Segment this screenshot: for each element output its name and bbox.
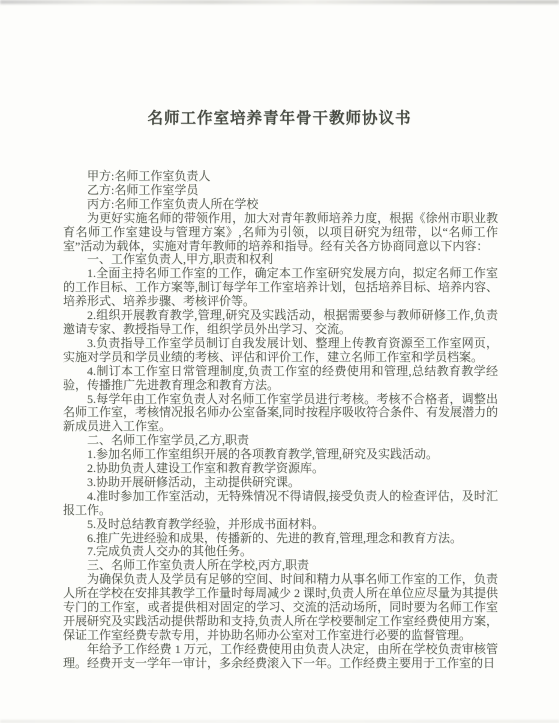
section2-item-3: 3.协助开展研修活动，主动提供研究课。 xyxy=(63,476,498,490)
scan-edge-artifact-top xyxy=(0,0,559,4)
section1-item-4: 4.制订本工作室日常管理制度,负责工作室的经费使用和管理,总结教育教学经验，传播… xyxy=(63,365,498,393)
party-line-jiafang: 甲方:名师工作室负责人 xyxy=(63,170,498,184)
section2-item-4: 4.准时参加工作室活动，无特殊情况不得请假,接受负责人的检查评估，及时汇报工作。 xyxy=(63,490,498,518)
document-title: 名师工作室培养青年骨干教师协议书 xyxy=(0,106,559,128)
funding-paragraph: 年给予工作经费 1 万元，工作经费使用由负责人决定，由所在学校负责审核管理。经费… xyxy=(63,643,498,671)
section2-item-1: 1.参加名师工作室组织开展的各项教育教学,管理,研究及实践活动。 xyxy=(63,448,498,462)
party-line-bingfang: 丙方:名师工作室负责人所在学校 xyxy=(63,198,498,212)
intro-paragraph: 为更好实施名师的带领作用，加大对青年教师培养力度，根据《徐州市职业教育名师工作室… xyxy=(63,212,498,254)
party-line-yifang: 乙方:名师工作室学员 xyxy=(63,184,498,198)
section2-item-5: 5.及时总结教育教学经验，并形成书面材料。 xyxy=(63,518,498,532)
section1-item-1: 1.全面主持名师工作室的工作，确定本工作室研究发展方向，拟定名师工作室的工作目标… xyxy=(63,267,498,309)
document-body: 甲方:名师工作室负责人 乙方:名师工作室学员 丙方:名师工作室负责人所在学校 为… xyxy=(63,170,498,671)
section1-item-3: 3.负责指导工作室学员制订自我发展计划、整理上传教育资源至工作室网页，实施对学员… xyxy=(63,337,498,365)
section1-item-5: 5.每学年由工作室负责人对名师工作室学员进行考核。考核不合格者，调整出名师工作室… xyxy=(63,393,498,435)
section3-paragraph: 为确保负责人及学员有足够的空间、时间和精力从事名师工作室的工作，负责人所在学校在… xyxy=(63,573,498,643)
scanned-document-page: 名师工作室培养青年骨干教师协议书 甲方:名师工作室负责人 乙方:名师工作室学员 … xyxy=(0,0,559,723)
section1-item-2: 2.组织开展教育教学,管理,研究及实践活动，根据需要参与教师研修工作,负责邀请专… xyxy=(63,309,498,337)
section2-item-2: 2.协助负责人建设工作室和教育教学资源库。 xyxy=(63,462,498,476)
